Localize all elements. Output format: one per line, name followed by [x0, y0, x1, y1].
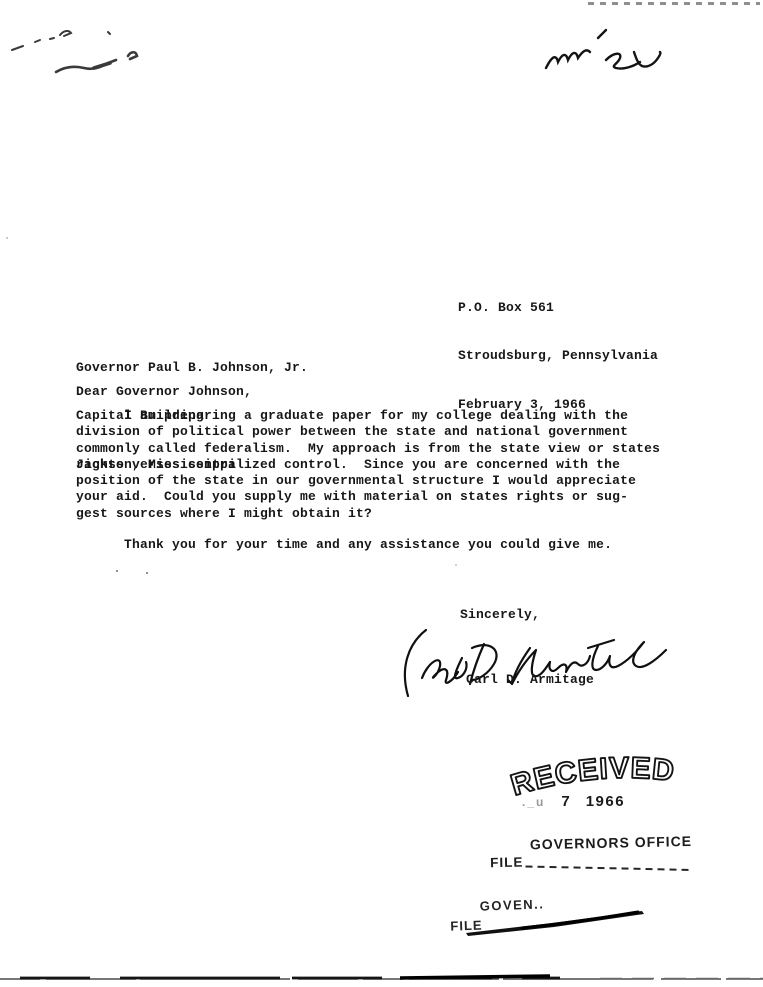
- received-stamp-date: ._u 7 1966: [522, 793, 625, 810]
- return-address-line1: P.O. Box 561: [458, 300, 658, 316]
- body-paragraph-2: Thank you for your time and any assistan…: [76, 537, 612, 553]
- scan-edge-bottom: [0, 972, 763, 984]
- scan-speck: [146, 572, 148, 574]
- pencil-marks-icon: [8, 28, 158, 84]
- scan-speck: [455, 564, 457, 566]
- return-address-line2: Stroudsburg, Pennsylvania: [458, 348, 658, 364]
- governors-office-file-label: FILE: [490, 855, 524, 871]
- stamp-date-day: 7: [561, 793, 569, 810]
- typed-name: Carl D. Armitage: [466, 672, 594, 688]
- governors-office-stamp: GOVERNORS OFFICE FILE: [490, 833, 701, 870]
- scan-edge-dashes-top: [588, 2, 760, 5]
- scan-speck: [6, 237, 8, 239]
- scan-speck: [116, 570, 118, 572]
- file-blank-line: [526, 865, 692, 870]
- letter-page: P.O. Box 561 Stroudsburg, Pennsylvania F…: [0, 0, 763, 987]
- handwritten-annotation-icon: [540, 22, 680, 84]
- governors-office-stamp-title: GOVERNORS OFFICE: [530, 833, 700, 853]
- pen-stroke-icon: [462, 906, 652, 938]
- stamp-date-year: 1966: [586, 793, 625, 810]
- governors-office-file-row: FILE: [490, 851, 700, 870]
- recipient-line1: Governor Paul B. Johnson, Jr.: [76, 360, 308, 376]
- body-paragraph-1: I am preparing a graduate paper for my c…: [76, 408, 660, 522]
- salutation: Dear Governor Johnson,: [76, 384, 252, 400]
- stamp-date-faint: ._u: [522, 795, 545, 809]
- signature-handwriting-icon: [392, 618, 682, 703]
